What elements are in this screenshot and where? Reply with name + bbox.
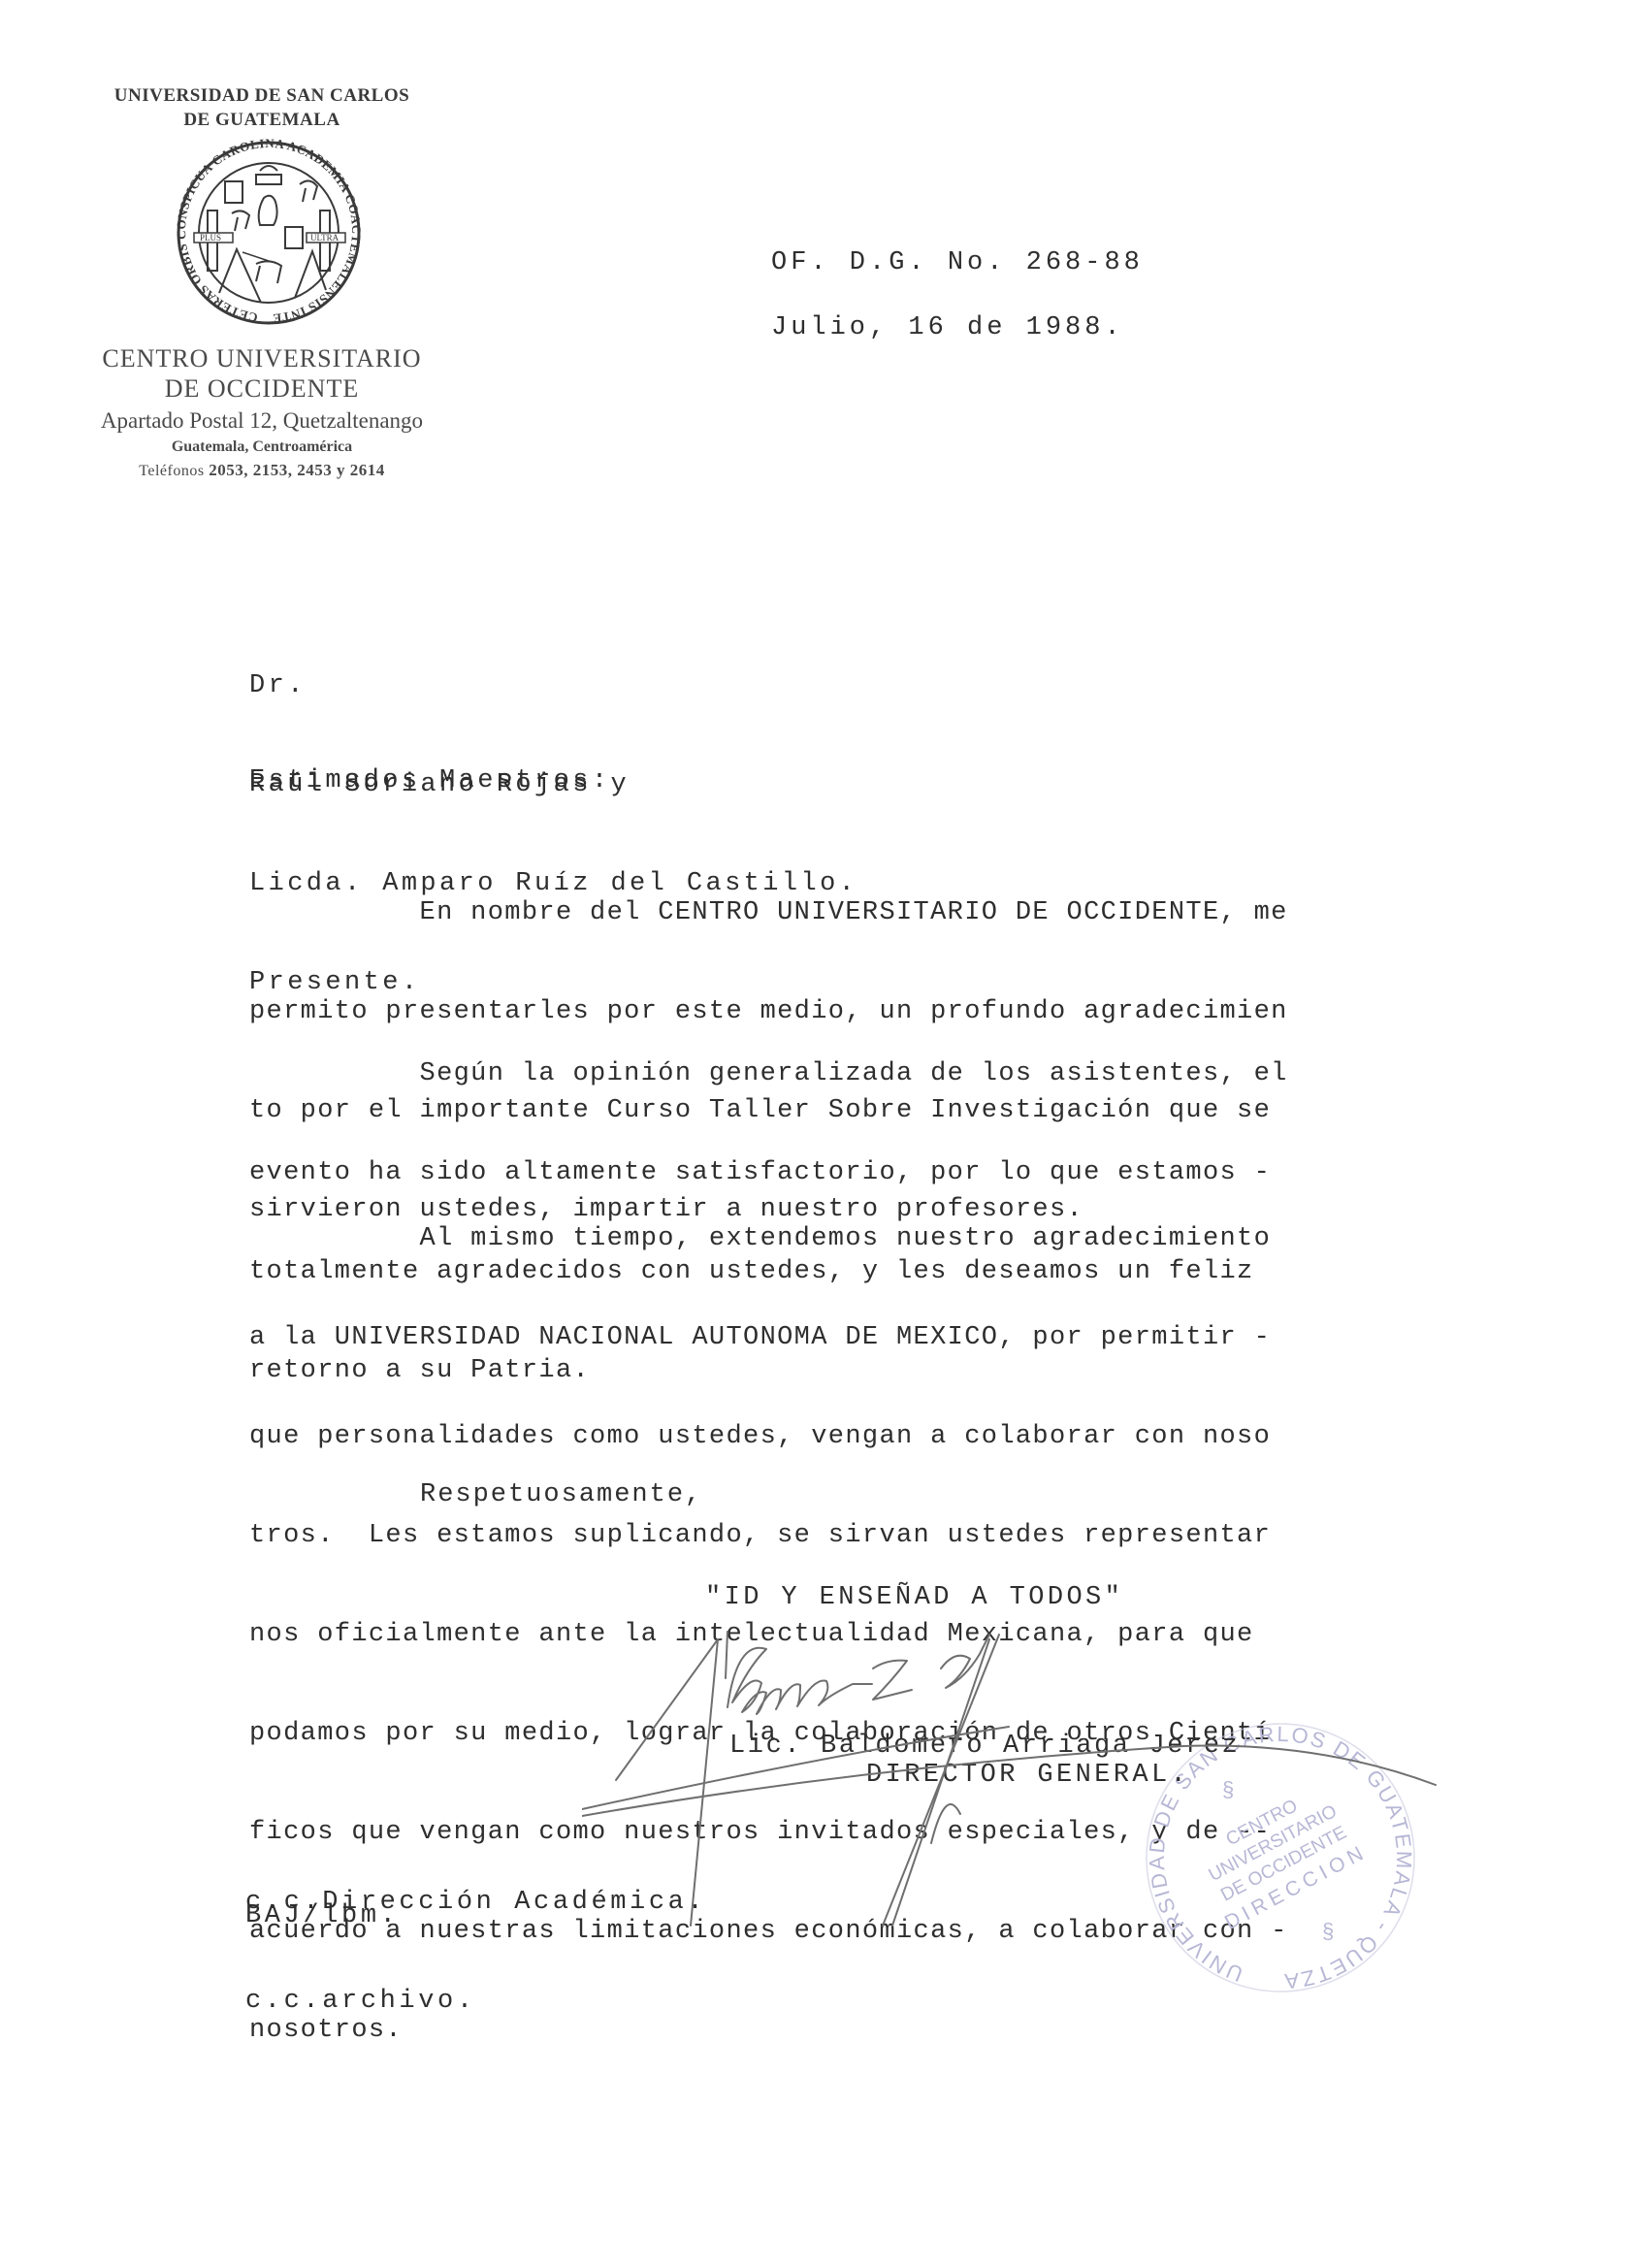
signatory-title: DIRECTOR GENERAL. — [866, 1761, 1189, 1790]
recipient-line: Dr. — [249, 669, 857, 702]
svg-text:CETERAS ORBIS CONSPICUA CAROLI: CETERAS ORBIS CONSPICUA CAROLINA ACADEMI… — [159, 138, 364, 326]
university-seal-icon: CETERAS ORBIS CONSPICUA CAROLINA ACADEMI… — [159, 138, 378, 328]
signatory-name: Lic. Baldomero Arriaga Jerez — [729, 1732, 1240, 1761]
body-line: Según la opinión generalizada de los asi… — [249, 1057, 1288, 1090]
centro-name-line2: DE OCCIDENTE — [39, 373, 485, 404]
body-line: que personalidades como ustedes, vengan … — [249, 1420, 1288, 1453]
body-line: a la UNIVERSIDAD NACIONAL AUTONOMA DE ME… — [249, 1321, 1288, 1354]
body-line: Al mismo tiempo, extendemos nuestro agra… — [249, 1222, 1288, 1255]
university-name-line2: DE GUATEMALA — [39, 108, 485, 132]
letterhead-centro: CENTRO UNIVERSITARIO DE OCCIDENTE — [39, 343, 485, 404]
svg-text:ULTRA: ULTRA — [310, 233, 339, 243]
phones-numbers: 2053, 2153, 2453 y 2614 — [209, 461, 385, 479]
letterhead-apartado: Apartado Postal 12, Quetzaltenango — [39, 407, 485, 435]
typist-initials: BAJ/lbm. — [245, 1901, 399, 1930]
university-motto: "ID Y ENSEÑAD A TODOS" — [705, 1583, 1123, 1612]
cc-line: c.c.archivo. — [245, 1985, 706, 2018]
body-line: tros. Les estamos suplicando, se sirvan … — [249, 1519, 1288, 1552]
svg-text:§: § — [1322, 1919, 1334, 1943]
body-line: nos oficialmente ante la intelectualidad… — [249, 1618, 1288, 1651]
svg-text:PLUS: PLUS — [200, 233, 221, 243]
letterhead-country: Guatemala, Centroamérica — [39, 437, 485, 457]
letter-date: Julio, 16 de 1988. — [771, 313, 1124, 342]
centro-name-line1: CENTRO UNIVERSITARIO — [39, 343, 485, 373]
carbon-copy-list: c.c.Dirección Académica. c.c.archivo. — [245, 1820, 706, 2051]
university-name-line1: UNIVERSIDAD DE SAN CARLOS — [39, 83, 485, 108]
closing: Respetuosamente, — [420, 1480, 702, 1509]
salutation: Estimados Maestros: — [249, 766, 610, 795]
body-line: En nombre del CENTRO UNIVERSITARIO DE OC… — [249, 896, 1288, 929]
letterhead-university: UNIVERSIDAD DE SAN CARLOS DE GUATEMALA — [39, 83, 485, 132]
letterhead-phones: Teléfonos 2053, 2153, 2453 y 2614 — [39, 460, 485, 482]
reference-number: OF. D.G. No. 268-88 — [771, 248, 1144, 277]
phones-label: Teléfonos — [139, 463, 204, 479]
